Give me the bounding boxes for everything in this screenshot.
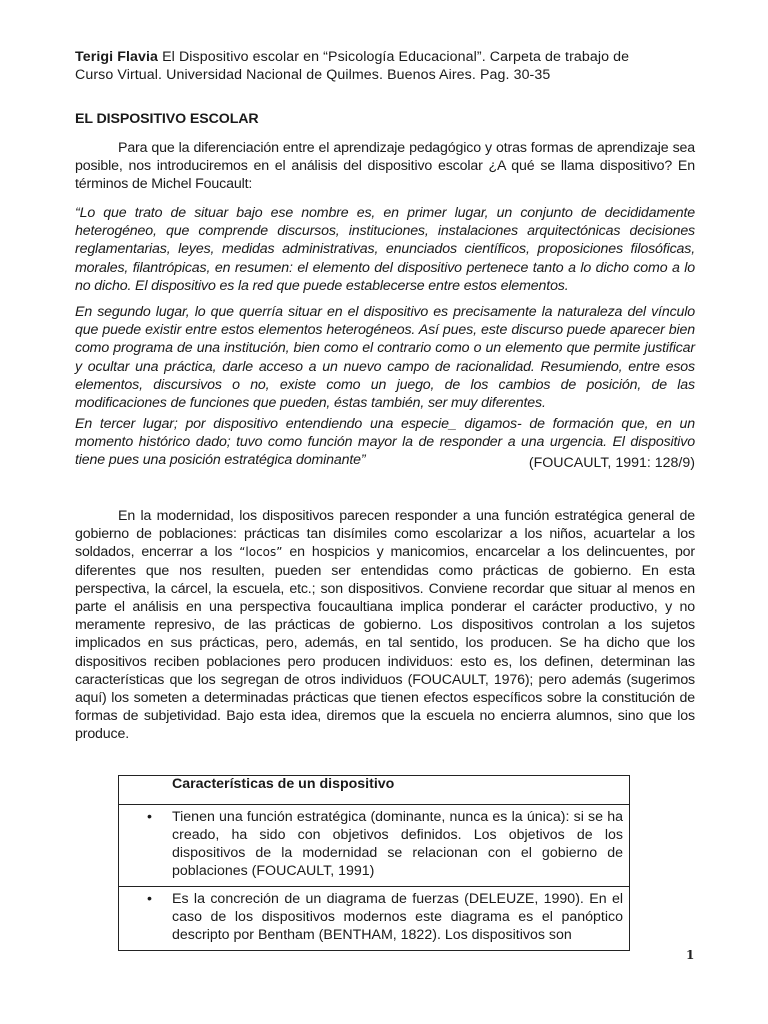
citation-title: El Dispositivo escolar en “Psicología Ed… xyxy=(158,49,629,65)
bullet-icon: • xyxy=(147,890,152,908)
table-header-cell: Características de un dispositivo xyxy=(119,776,630,805)
document-page: Terigi Flavia El Dispositivo escolar en … xyxy=(75,48,695,84)
citation-publisher: Curso Virtual. Universidad Nacional de Q… xyxy=(75,67,550,83)
bullet-icon: • xyxy=(147,808,152,826)
bibliographic-citation: Terigi Flavia El Dispositivo escolar en … xyxy=(75,48,695,84)
modernity-text-end: en hospicios y manicomios, encarcelar a … xyxy=(75,544,695,742)
page-number: 1 xyxy=(686,948,694,962)
foucault-quote-paragraph-2: En segundo lugar, lo que querría situar … xyxy=(75,303,695,412)
table-row: • Es la concreción de un diagrama de fue… xyxy=(119,887,630,951)
table-header-row: Características de un dispositivo xyxy=(119,776,630,805)
table-cell: • Tienen una función estratégica (domina… xyxy=(119,805,630,887)
table-row: • Tienen una función estratégica (domina… xyxy=(119,805,630,887)
table-cell: • Es la concreción de un diagrama de fue… xyxy=(119,887,630,951)
modernity-paragraph: En la modernidad, los dispositivos parec… xyxy=(75,507,695,744)
foucault-quote-paragraph-1: “Lo que trato de situar bajo ese nombre … xyxy=(75,204,695,295)
intro-paragraph: Para que la diferenciación entre el apre… xyxy=(75,139,695,194)
quoted-word-locos: “locos” xyxy=(239,545,282,559)
table-cell-text: Es la concreción de un diagrama de fuerz… xyxy=(172,891,623,943)
quote-reference: (FOUCAULT, 1991: 128/9) xyxy=(529,455,695,471)
table-cell-text: Tienen una función estratégica (dominant… xyxy=(172,809,623,879)
characteristics-table: Características de un dispositivo • Tien… xyxy=(118,775,630,951)
section-title: EL DISPOSITIVO ESCOLAR xyxy=(75,111,259,127)
citation-author: Terigi Flavia xyxy=(75,49,158,65)
